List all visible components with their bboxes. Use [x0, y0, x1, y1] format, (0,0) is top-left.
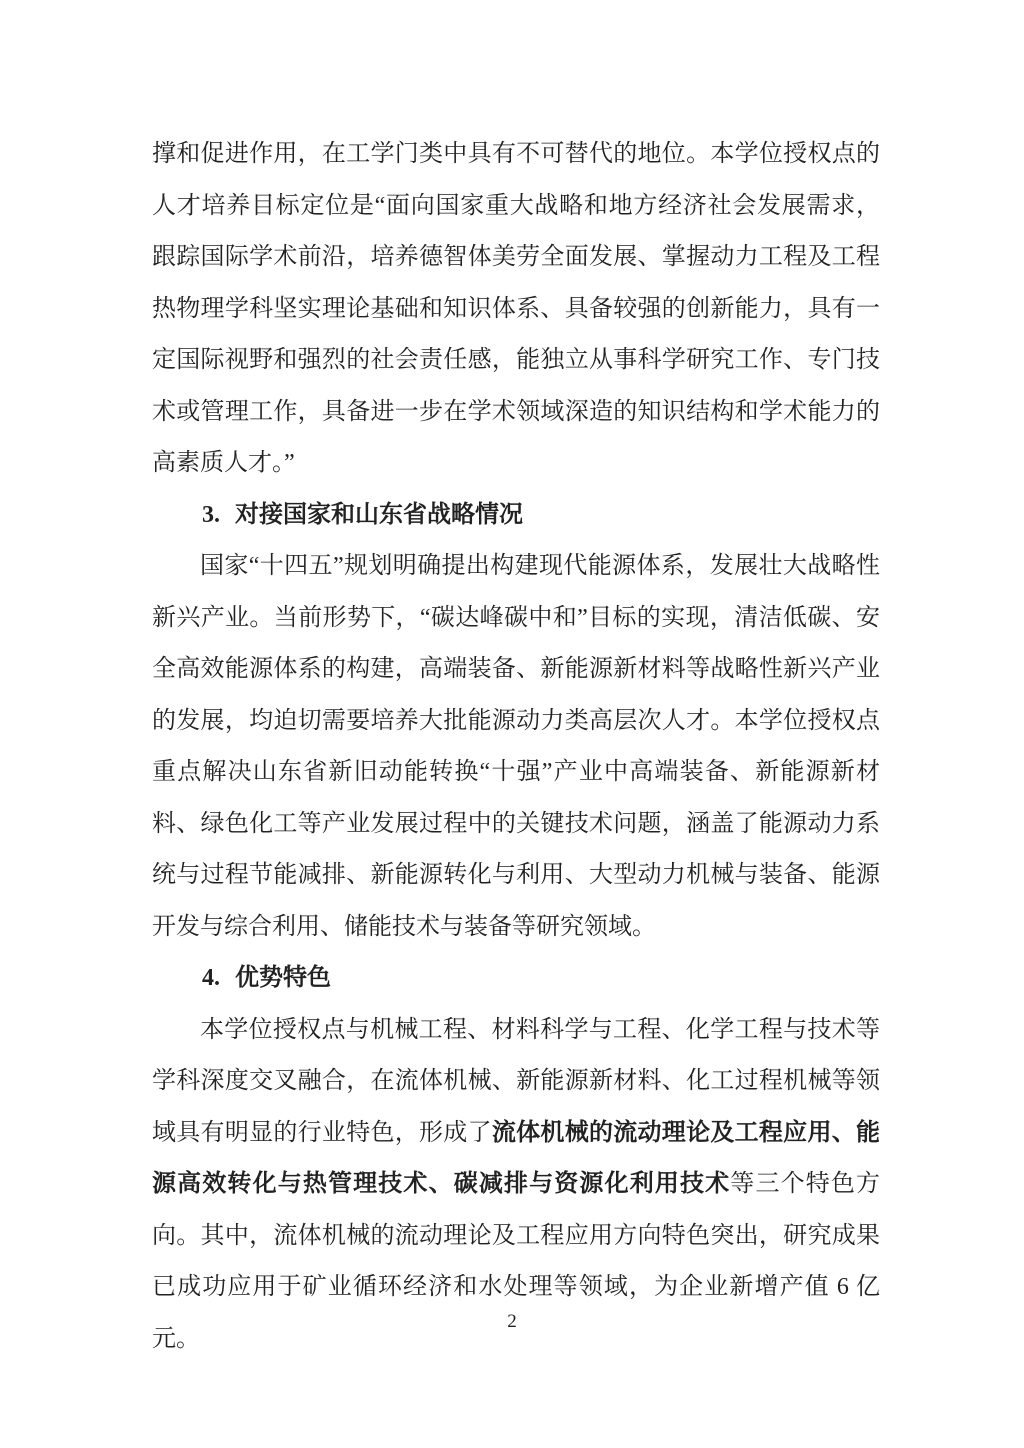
section-heading-4-number: 4.: [202, 965, 220, 991]
section-heading-3-label: 对接国家和山东省战略情况: [235, 502, 523, 528]
page-number: 2: [0, 1311, 1024, 1333]
paragraph-talent-goal-continuation: 撑和促进作用，在工学门类中具有不可替代的地位。本学位授权点的人才培养目标定位是“…: [152, 129, 880, 490]
section-heading-3: 3.对接国家和山东省战略情况: [152, 490, 880, 542]
document-page: 撑和促进作用，在工学门类中具有不可替代的地位。本学位授权点的人才培养目标定位是“…: [0, 0, 1024, 1448]
section-heading-4-label: 优势特色: [235, 965, 331, 991]
section-heading-3-number: 3.: [202, 502, 220, 528]
section-heading-4: 4.优势特色: [152, 953, 880, 1005]
paragraph-national-strategy: 国家“十四五”规划明确提出构建现代能源体系，发展壮大战略性新兴产业。当前形势下，…: [152, 541, 880, 953]
document-body: 撑和促进作用，在工学门类中具有不可替代的地位。本学位授权点的人才培养目标定位是“…: [152, 129, 880, 1365]
